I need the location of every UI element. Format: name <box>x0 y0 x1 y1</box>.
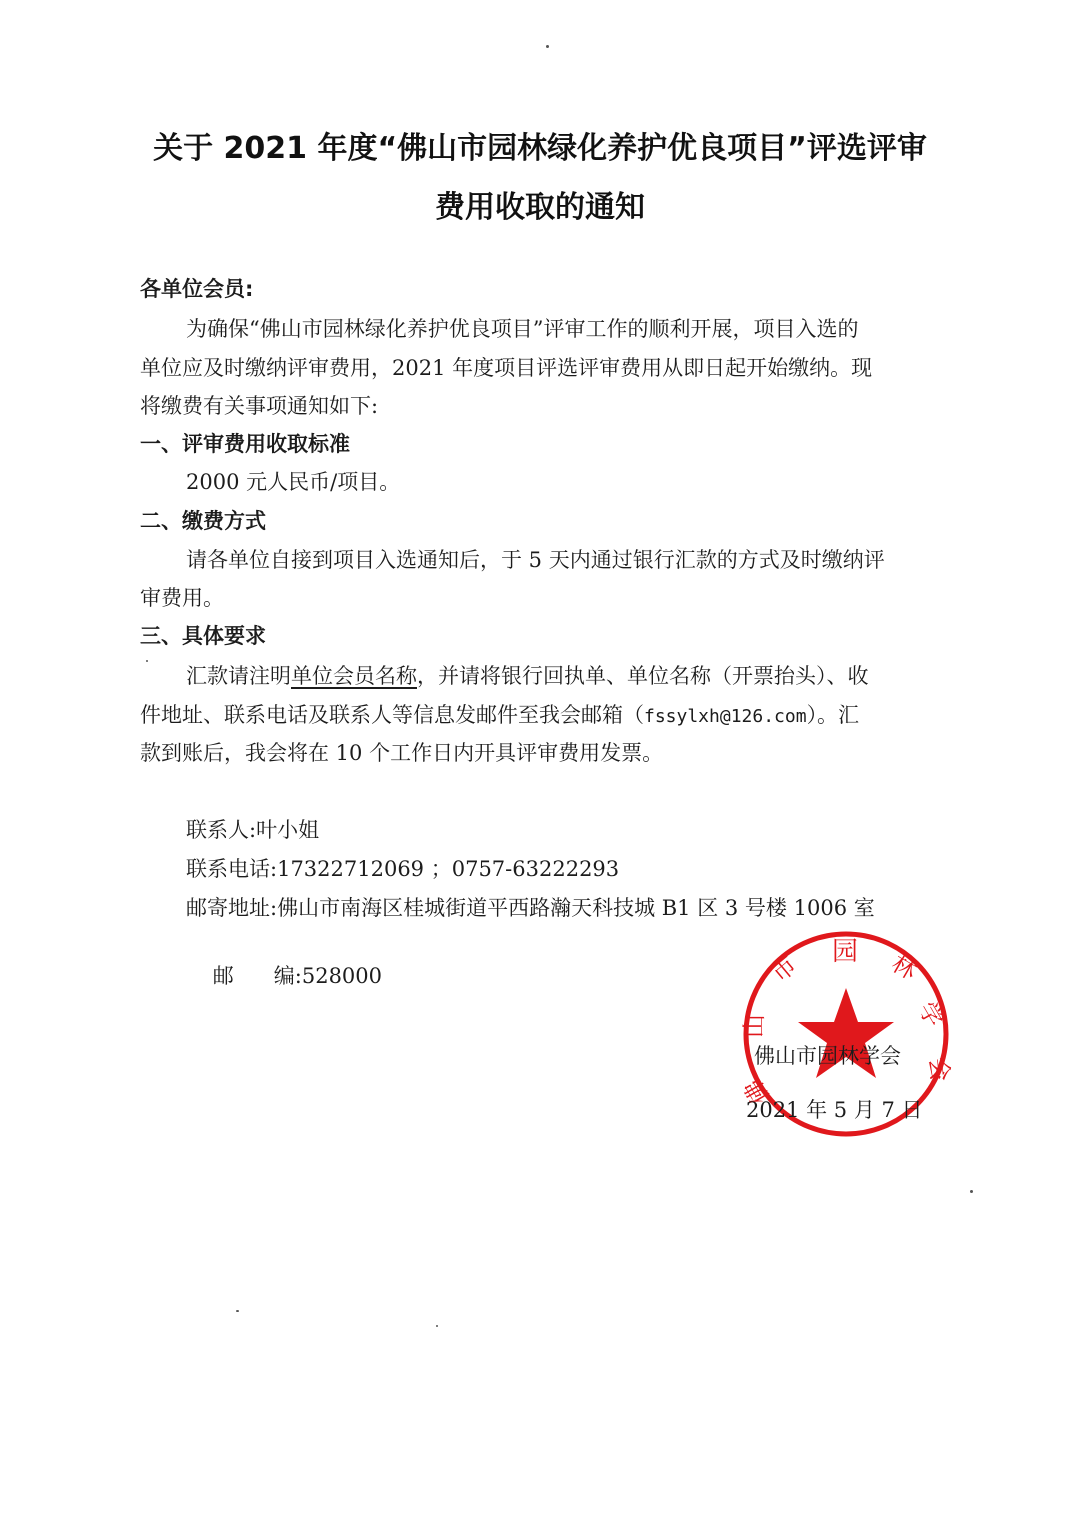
member-name-emphasis: 单位会员名称 <box>291 664 417 688</box>
document-title-line-1: 关于 2021 年度“佛山市园林绿化养护优良项目”评选评审 <box>130 123 950 167</box>
svg-text:山: 山 <box>740 1014 768 1038</box>
scan-speck <box>436 1325 438 1327</box>
salutation: 各单位会员: <box>140 274 940 304</box>
section-3-text-2-prefix: 件地址、联系电话及联系人等信息发邮件至我会邮箱（ <box>140 703 644 727</box>
contact-person: 联系人:叶小姐 <box>186 815 986 845</box>
scan-speck <box>236 1310 239 1312</box>
contact-phone: 联系电话:17322712069 ；0757-63222293 <box>186 854 986 884</box>
scan-speck <box>146 660 148 662</box>
signature-date: 2021 年 5 月 7 日 <box>746 1094 923 1124</box>
contact-person-value: 叶小姐 <box>256 818 319 842</box>
svg-text:林: 林 <box>887 949 922 985</box>
email-address: fssylxh@126.com <box>644 706 807 727</box>
mailing-address: 邮寄地址:佛山市南海区桂城街道平西路瀚天科技城 B1 区 3 号楼 1006 室 <box>186 893 986 923</box>
section-3-text-1: 汇款请注明单位会员名称，并请将银行回执单、单位名称（开票抬头）、收 <box>186 661 986 691</box>
svg-text:市: 市 <box>766 951 802 988</box>
svg-text:会: 会 <box>924 1056 952 1082</box>
intro-line-3: 将缴费有关事项通知如下: <box>140 391 940 421</box>
section-3-text-2: 件地址、联系电话及联系人等信息发邮件至我会邮箱（fssylxh@126.com）… <box>140 700 940 732</box>
section-2-text-1: 请各单位自接到项目入选通知后，于 5 天内通过银行汇款的方式及时缴纳评 <box>186 545 986 575</box>
scan-speck <box>970 1190 973 1193</box>
section-3-text-2-suffix: ）。汇 <box>807 703 860 727</box>
signature-organization: 佛山市园林学会 <box>754 1040 901 1070</box>
mailing-address-value: 佛山市南海区桂城街道平西路瀚天科技城 B1 区 3 号楼 1006 室 <box>277 896 875 920</box>
section-2-text-2: 审费用。 <box>140 583 940 613</box>
scan-speck <box>546 45 549 48</box>
document-title-line-2: 费用收取的通知 <box>130 182 950 226</box>
svg-text:园: 园 <box>832 937 858 967</box>
notice-document: 关于 2021 年度“佛山市园林绿化养护优良项目”评选评审 费用收取的通知 各单… <box>0 0 1080 1540</box>
intro-line-2: 单位应及时缴纳评审费用，2021 年度项目评选评审费用从即日起开始缴纳。现 <box>140 353 940 383</box>
intro-line-1: 为确保“佛山市园林绿化养护优良项目”评审工作的顺利开展，项目入选的 <box>186 314 986 344</box>
contact-phone-value: 17322712069 ；0757-63222293 <box>277 857 619 881</box>
section-1-heading: 一、评审费用收取标准 <box>140 429 940 459</box>
mailing-address-label: 邮寄地址: <box>186 896 277 920</box>
contact-phone-label: 联系电话: <box>186 857 277 881</box>
section-3-text-1-suffix: ，并请将银行回执单、单位名称（开票抬头）、收 <box>417 664 869 688</box>
section-3-text-3: 款到账后，我会将在 10 个工作日内开具评审费用发票。 <box>140 738 940 768</box>
postcode-value: 528000 <box>302 964 382 988</box>
section-1-text: 2000 元人民币/项目。 <box>186 467 986 497</box>
postcode-label: 邮 编: <box>213 964 302 988</box>
contact-person-label: 联系人: <box>186 818 256 842</box>
section-2-heading: 二、缴费方式 <box>140 506 940 536</box>
section-3-heading: 三、具体要求 <box>140 621 940 651</box>
section-3-text-1-prefix: 汇款请注明 <box>186 664 291 688</box>
